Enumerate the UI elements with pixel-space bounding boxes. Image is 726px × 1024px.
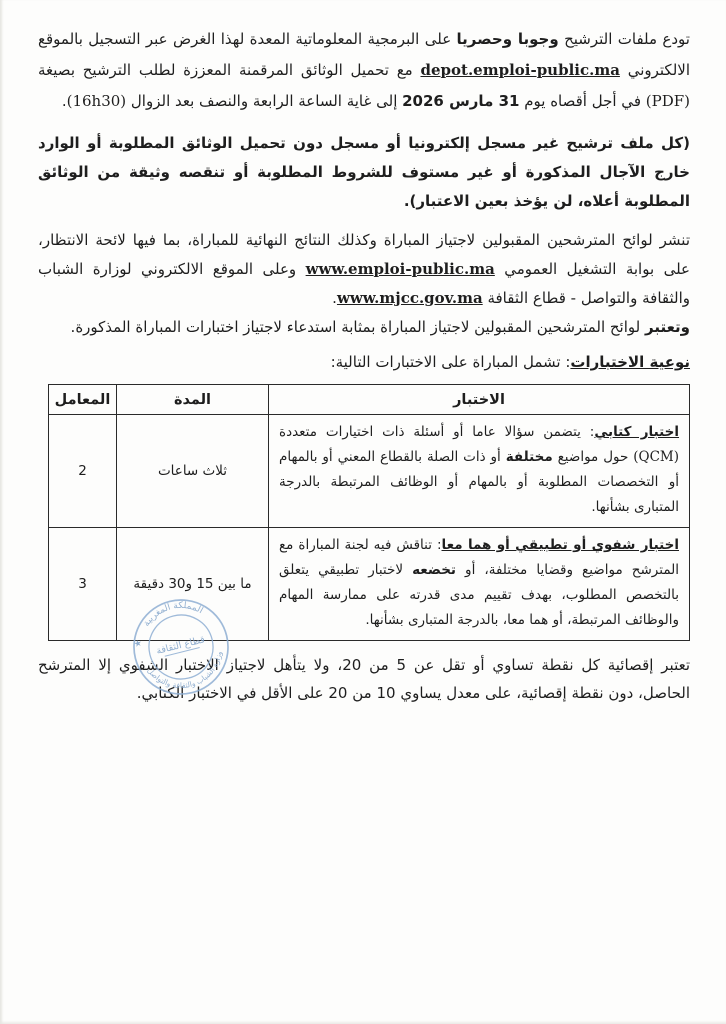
oral-exam-description-cell: اختبار شفوي أو تطبيقي أو هما معا: تناقش … <box>269 528 690 641</box>
text-segment: لوائح المترشحين المقبولين لاجتياز المبار… <box>71 318 645 336</box>
star-icon: ★ <box>133 638 143 650</box>
text-segment: مع تحميل الوثائق المرقمنة المعززة لطلب ا… <box>38 61 420 79</box>
text-segment-bold: مختلفة <box>506 449 553 465</box>
document-body: تودع ملفات الترشيح وجوبا وحصريا على البر… <box>0 0 726 707</box>
text-segment: تودع ملفات الترشيح <box>559 30 690 48</box>
deadline-date: 31 مارس 2026 <box>402 92 519 110</box>
text-segment: إلى غاية الساعة الرابعة والنصف بعد الزوا… <box>126 92 402 110</box>
stamp-center-text: قطاع الثقافة <box>155 634 206 657</box>
paragraph-rejection-warning: (كل ملف ترشيح غير مسجل إلكترونيا أو مسجل… <box>38 129 690 216</box>
column-header-coefficient: المعامل <box>49 385 117 415</box>
written-exam-coefficient-cell: 2 <box>49 415 117 528</box>
paragraph-submission-instructions: تودع ملفات الترشيح وجوبا وحصريا على البر… <box>38 24 690 117</box>
depot-url-text: depot.emploi-public.ma <box>420 61 619 79</box>
oral-exam-label: اختبار شفوي أو تطبيقي أو هما معا <box>442 537 679 553</box>
qcm-text: (QCM) <box>633 449 679 465</box>
written-exam-label: اختبار كتابي <box>594 424 679 440</box>
scanned-document-page: تودع ملفات الترشيح وجوبا وحصريا على البر… <box>0 0 726 1024</box>
text-segment: حول مواضيع <box>553 449 634 465</box>
exam-types-heading: نوعية الاختبارات: تشمل المباراة على الاخ… <box>38 348 690 376</box>
text-segment-bold: وتعتبر <box>645 318 690 336</box>
paragraph-results-publication: تنشر لوائح المترشحين المقبولين لاجتياز ا… <box>38 226 690 313</box>
mjcc-url-text: www.mjcc.gov.ma <box>337 289 483 307</box>
column-header-exam: الاختبار <box>269 385 690 415</box>
table-header-row: الاختبار المدة المعامل <box>49 385 690 415</box>
emploi-public-url-text: www.emploi-public.ma <box>306 260 495 278</box>
pdf-format-text: (PDF) <box>646 92 690 110</box>
written-exam-duration-cell: ثلاث ساعات <box>117 415 269 528</box>
text-segment: : تشمل المباراة على الاختبارات التالية: <box>331 353 571 371</box>
text-segment-bold: تخضعه <box>412 562 456 578</box>
deadline-time: (16h30) <box>67 92 127 110</box>
text-segment: في أجل أقصاه يوم <box>519 92 645 110</box>
written-exam-description-cell: اختبار كتابي: يتضمن سؤالا عاما أو أسئلة … <box>269 415 690 528</box>
column-header-duration: المدة <box>117 385 269 415</box>
text-segment-bold: وجوبا وحصريا <box>457 30 559 48</box>
paragraph-summons-note: وتعتبر لوائح المترشحين المقبولين لاجتياز… <box>38 313 690 342</box>
oral-exam-coefficient-cell: 3 <box>49 528 117 641</box>
exam-types-label: نوعية الاختبارات <box>570 353 690 371</box>
text-segment: : يتضمن سؤالا عاما أو أسئلة ذات اختيارات… <box>279 424 594 440</box>
table-row-written-exam: اختبار كتابي: يتضمن سؤالا عاما أو أسئلة … <box>49 415 690 528</box>
